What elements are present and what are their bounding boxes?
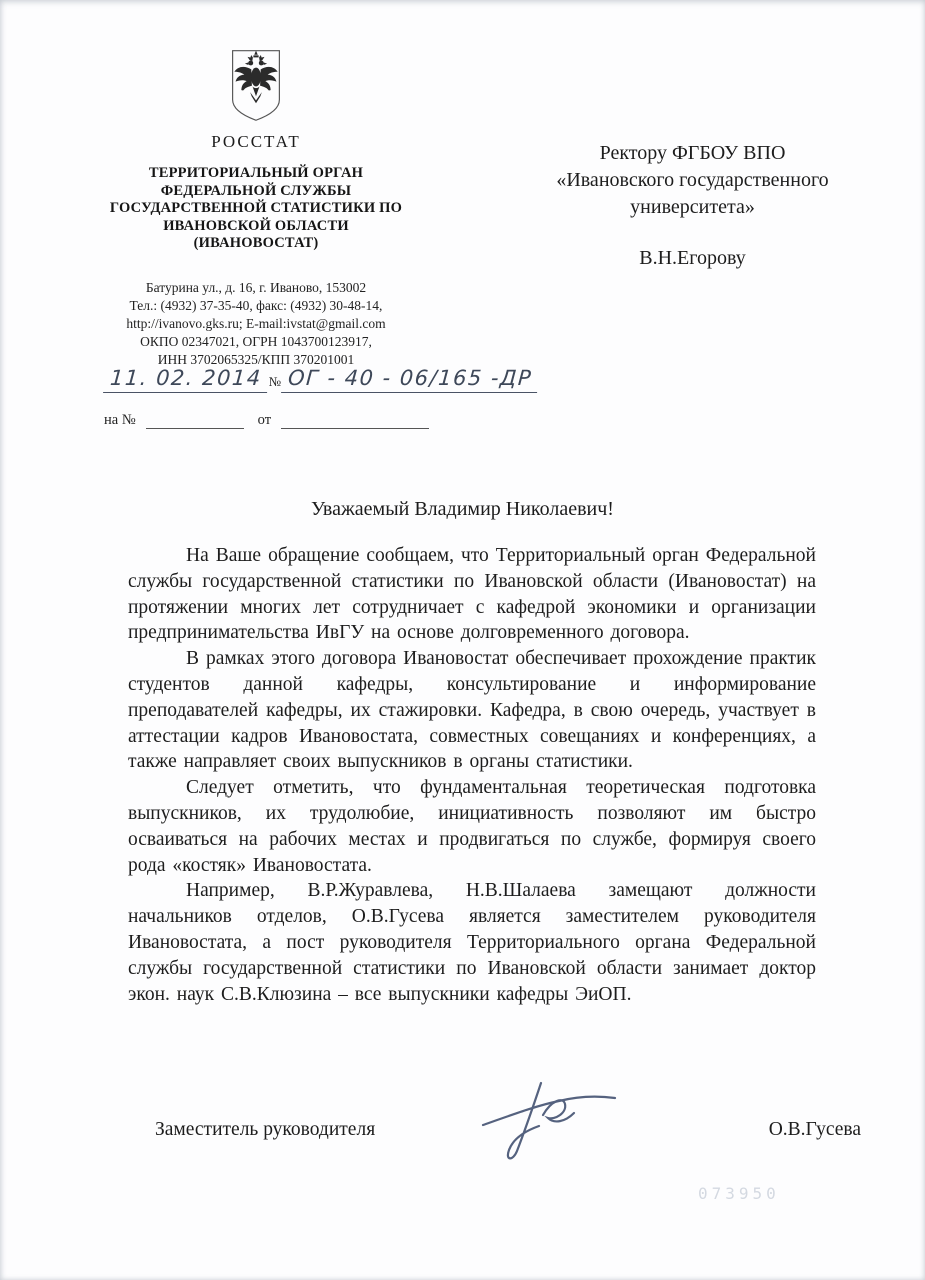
org-name-line: (ИВАНОВОСТАТ) [60,235,452,253]
salutation: Уважаемый Владимир Николаевич! [0,498,925,521]
faint-stamp-number: 073950 [698,1184,780,1203]
handwritten-signature-icon [475,1073,625,1173]
org-name-line: ТЕРРИТОРИАЛЬНЫЙ ОРГАН [60,165,452,183]
coat-of-arms-emblem-icon [226,46,286,122]
number-sign: № [268,374,282,393]
reply-reference-line: на № от [104,412,429,429]
body-paragraph: Следует отметить, что фундаментальная те… [128,775,816,878]
org-name-block: ТЕРРИТОРИАЛЬНЫЙ ОРГАНФЕДЕРАЛЬНОЙ СЛУЖБЫГ… [60,165,452,253]
outgoing-reference-line: 11. 02. 2014 № ОГ - 40 - 06/165 -ДР [104,366,538,393]
recipient-line: «Ивановского государственного [520,167,865,194]
body-paragraph: На Ваше обращение сообщаем, что Территор… [128,543,816,646]
recipient-block: Ректору ФГБОУ ВПО«Ивановского государств… [520,140,865,270]
address-block: Батурина ул., д. 16, г. Иваново, 153002Т… [60,279,452,369]
scanned-letter-page: РОССТАТ ТЕРРИТОРИАЛЬНЫЙ ОРГАНФЕДЕРАЛЬНОЙ… [0,0,925,1280]
reply-date-blank [281,413,429,429]
handwritten-number: ОГ - 40 - 06/165 -ДР [281,366,539,393]
address-line: Тел.: (4932) 37-35-40, факс: (4932) 30-4… [60,297,452,315]
org-name-line: ФЕДЕРАЛЬНОЙ СЛУЖБЫ [60,183,452,201]
address-line: Батурина ул., д. 16, г. Иваново, 153002 [60,279,452,297]
handwritten-date: 11. 02. 2014 [103,366,268,393]
signature-block: Заместитель руководителя О.В.Гусева [155,1105,861,1155]
recipient-address-lines: Ректору ФГБОУ ВПО«Ивановского государств… [520,140,865,221]
letterhead: РОССТАТ ТЕРРИТОРИАЛЬНЫЙ ОРГАНФЕДЕРАЛЬНОЙ… [60,46,452,369]
letter-body: На Ваше обращение сообщаем, что Территор… [128,543,816,1007]
org-name-line: ГОСУДАРСТВЕННОЙ СТАТИСТИКИ ПО [60,200,452,218]
reply-from-label: от [258,412,271,429]
recipient-line: университета» [520,194,865,221]
org-name-line: ИВАНОВСКОЙ ОБЛАСТИ [60,218,452,236]
signer-name: О.В.Гусева [769,1119,861,1141]
body-paragraph: Например, В.Р.Журавлева, Н.В.Шалаева зам… [128,878,816,1007]
reply-prefix-label: на № [104,412,136,429]
agency-name: РОССТАТ [60,132,452,152]
signer-title: Заместитель руководителя [155,1119,375,1141]
reply-number-blank [146,413,244,429]
address-line: ОКПО 02347021, ОГРН 1043700123917, [60,333,452,351]
recipient-line: Ректору ФГБОУ ВПО [520,140,865,167]
address-line: http://ivanovo.gks.ru; E-mail:ivstat@gma… [60,315,452,333]
recipient-name: В.Н.Егорову [520,247,865,270]
body-paragraph: В рамках этого договора Ивановостат обес… [128,646,816,775]
